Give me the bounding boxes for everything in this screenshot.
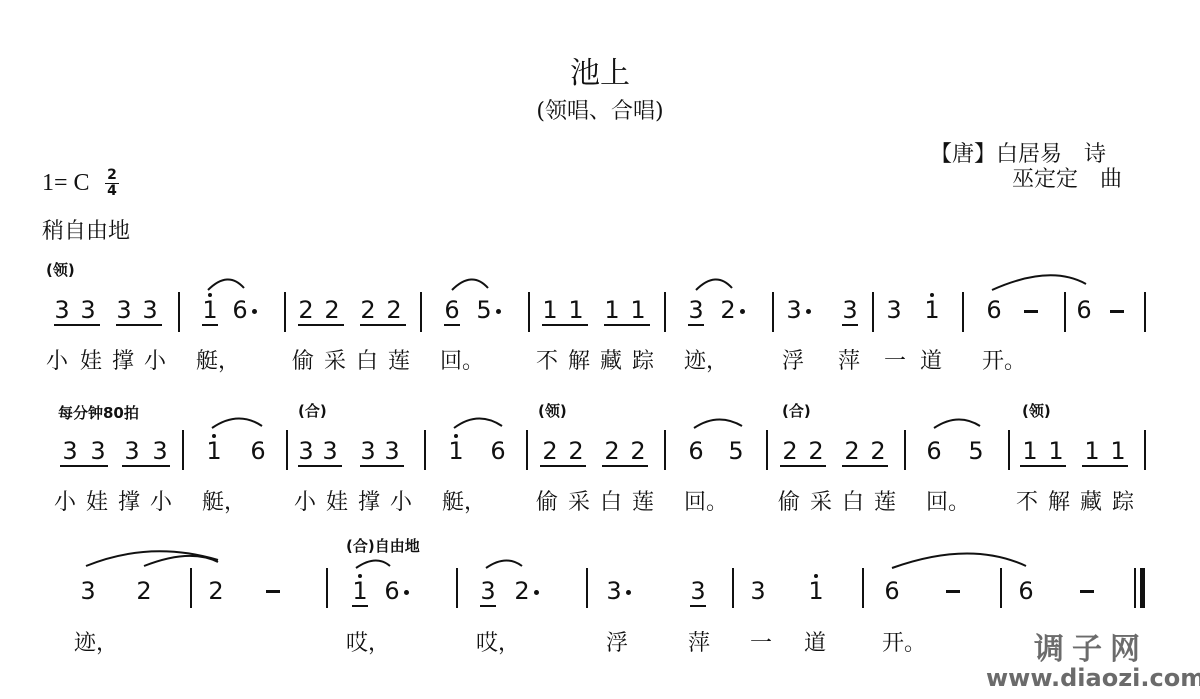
note: 3 bbox=[604, 577, 624, 605]
lyric: 哎， bbox=[476, 626, 520, 657]
note: 3 bbox=[884, 296, 904, 324]
composer-credit: 巫定定 曲 bbox=[1012, 162, 1122, 193]
note: 1 bbox=[1020, 437, 1040, 465]
note: 1 bbox=[628, 296, 648, 324]
barline bbox=[284, 292, 286, 332]
barline bbox=[904, 430, 906, 470]
barline bbox=[526, 430, 528, 470]
lyric: 萍 bbox=[838, 344, 860, 375]
note: 1 bbox=[1082, 437, 1102, 465]
lyric: 娃 bbox=[80, 344, 102, 375]
lyric: 偷 bbox=[292, 344, 314, 375]
note: 1 bbox=[204, 437, 224, 465]
time-signature-denominator: 4 bbox=[107, 183, 117, 199]
lyric: 偷 bbox=[536, 485, 558, 516]
note: 2 bbox=[628, 437, 648, 465]
barline bbox=[1064, 292, 1066, 332]
note: 5 bbox=[966, 437, 986, 465]
lead-mark: (领) bbox=[46, 259, 75, 280]
lyric: 小 bbox=[46, 344, 68, 375]
lyric: 小 bbox=[294, 485, 316, 516]
chorus-mark: (合) bbox=[298, 400, 327, 421]
lyric: 偷 bbox=[778, 485, 800, 516]
barline bbox=[862, 568, 864, 608]
note: 1 bbox=[540, 296, 560, 324]
barline bbox=[420, 292, 422, 332]
note: 2 bbox=[842, 437, 862, 465]
note: 1 bbox=[446, 437, 466, 465]
chorus-free-tempo-mark: (合)自由地 bbox=[346, 535, 420, 556]
note: 2 bbox=[358, 296, 378, 324]
barline bbox=[772, 292, 774, 332]
lead-mark: (领) bbox=[538, 400, 567, 421]
note: 6 bbox=[924, 437, 944, 465]
tempo-bpm-marking: 每分钟80拍 bbox=[58, 402, 139, 423]
time-signature: 2 4 bbox=[104, 168, 120, 199]
lyric: 萍 bbox=[688, 626, 710, 657]
barline bbox=[1000, 568, 1002, 608]
note: 3 bbox=[88, 437, 108, 465]
barline bbox=[962, 292, 964, 332]
note: 5 bbox=[726, 437, 746, 465]
lyric: 采 bbox=[324, 344, 346, 375]
tempo-marking: 稍自由地 bbox=[42, 214, 130, 245]
lyric: 撑 bbox=[358, 485, 380, 516]
note: 2 bbox=[868, 437, 888, 465]
lyric: 道 bbox=[804, 626, 826, 657]
lyric: 回。 bbox=[926, 485, 970, 516]
note: 3 bbox=[748, 577, 768, 605]
lyric: 艇， bbox=[196, 344, 240, 375]
barline bbox=[424, 430, 426, 470]
watermark-brand: 调子网 bbox=[1034, 624, 1148, 668]
note: 6 bbox=[882, 577, 902, 605]
final-barline-thick bbox=[1140, 568, 1145, 608]
lyric: 迹， bbox=[684, 344, 728, 375]
lyric: 一 bbox=[884, 344, 906, 375]
watermark-url: www.diaozi.com bbox=[986, 664, 1200, 692]
note: 2 bbox=[512, 577, 532, 605]
key-signature: 1= C bbox=[42, 170, 90, 197]
note: 6 bbox=[442, 296, 462, 324]
barline bbox=[178, 292, 180, 332]
lyric: 艇， bbox=[202, 485, 246, 516]
note: 1 bbox=[350, 577, 370, 605]
lyric: 白 bbox=[842, 485, 864, 516]
lyric: 不 bbox=[1016, 485, 1038, 516]
note: 1 bbox=[1046, 437, 1066, 465]
note: 3 bbox=[122, 437, 142, 465]
note: 5 bbox=[474, 296, 494, 324]
lyric: 踪 bbox=[1112, 485, 1134, 516]
note: 1 bbox=[1108, 437, 1128, 465]
note: 2 bbox=[806, 437, 826, 465]
note: 1 bbox=[806, 577, 826, 605]
barline bbox=[528, 292, 530, 332]
note: 2 bbox=[296, 296, 316, 324]
lyric: 莲 bbox=[388, 344, 410, 375]
note: 6 bbox=[1016, 577, 1036, 605]
note: 3 bbox=[320, 437, 340, 465]
note: 6 bbox=[248, 437, 268, 465]
lyric: 回。 bbox=[684, 485, 728, 516]
note: 3 bbox=[784, 296, 804, 324]
note: 1 bbox=[566, 296, 586, 324]
note: 6 bbox=[1074, 296, 1094, 324]
lyric: 浮 bbox=[782, 344, 804, 375]
time-signature-numerator: 2 bbox=[107, 167, 117, 183]
barline bbox=[1008, 430, 1010, 470]
note: 2 bbox=[602, 437, 622, 465]
lyric: 回。 bbox=[440, 344, 484, 375]
chorus-mark: (合) bbox=[782, 400, 811, 421]
note: 2 bbox=[384, 296, 404, 324]
barline bbox=[1144, 292, 1146, 332]
note: 3 bbox=[686, 296, 706, 324]
lyric: 浮 bbox=[606, 626, 628, 657]
barline bbox=[1144, 430, 1146, 470]
lyric: 白 bbox=[356, 344, 378, 375]
lyric: 道 bbox=[920, 344, 942, 375]
lyric: 莲 bbox=[874, 485, 896, 516]
lyric: 采 bbox=[810, 485, 832, 516]
note: 3 bbox=[382, 437, 402, 465]
lyric: 不 bbox=[536, 344, 558, 375]
lyric: 娃 bbox=[86, 485, 108, 516]
note: 2 bbox=[134, 577, 154, 605]
lyric: 迹， bbox=[74, 626, 118, 657]
barline bbox=[190, 568, 192, 608]
lyric: 小 bbox=[150, 485, 172, 516]
lyric: 莲 bbox=[632, 485, 654, 516]
song-title: 池上 bbox=[0, 48, 1200, 92]
barline bbox=[182, 430, 184, 470]
final-barline-thin bbox=[1134, 568, 1136, 608]
note: 3 bbox=[140, 296, 160, 324]
note: 3 bbox=[358, 437, 378, 465]
note: 3 bbox=[688, 577, 708, 605]
lyric: 一 bbox=[750, 626, 772, 657]
barline bbox=[872, 292, 874, 332]
lyric: 娃 bbox=[326, 485, 348, 516]
note: 3 bbox=[296, 437, 316, 465]
note: 2 bbox=[718, 296, 738, 324]
note: 3 bbox=[840, 296, 860, 324]
lyric: 藏 bbox=[1080, 485, 1102, 516]
note: 3 bbox=[52, 296, 72, 324]
note: 6 bbox=[230, 296, 250, 324]
note: 6 bbox=[382, 577, 402, 605]
lyric: 采 bbox=[568, 485, 590, 516]
note: 6 bbox=[488, 437, 508, 465]
barline bbox=[766, 430, 768, 470]
lyric: 解 bbox=[1048, 485, 1070, 516]
barline bbox=[732, 568, 734, 608]
lyric: 解 bbox=[568, 344, 590, 375]
note: 6 bbox=[686, 437, 706, 465]
lead-mark: (领) bbox=[1022, 400, 1051, 421]
note: 6 bbox=[984, 296, 1004, 324]
barline bbox=[664, 430, 666, 470]
barline bbox=[286, 430, 288, 470]
note: 3 bbox=[78, 577, 98, 605]
note: 1 bbox=[922, 296, 942, 324]
note: 3 bbox=[114, 296, 134, 324]
note: 2 bbox=[566, 437, 586, 465]
lyric: 白 bbox=[600, 485, 622, 516]
lyric: 小 bbox=[390, 485, 412, 516]
lyric: 哎， bbox=[346, 626, 390, 657]
barline bbox=[586, 568, 588, 608]
barline bbox=[326, 568, 328, 608]
lyric: 小 bbox=[144, 344, 166, 375]
lyric: 小 bbox=[54, 485, 76, 516]
lyric: 开。 bbox=[982, 344, 1026, 375]
barline bbox=[456, 568, 458, 608]
barline bbox=[664, 292, 666, 332]
note: 2 bbox=[206, 577, 226, 605]
note: 1 bbox=[200, 296, 220, 324]
note: 2 bbox=[322, 296, 342, 324]
note: 3 bbox=[478, 577, 498, 605]
lyric: 开。 bbox=[882, 626, 926, 657]
lyric: 藏 bbox=[600, 344, 622, 375]
note: 3 bbox=[60, 437, 80, 465]
note: 1 bbox=[602, 296, 622, 324]
lyric: 踪 bbox=[632, 344, 654, 375]
song-subtitle: (领唱、合唱) bbox=[0, 94, 1200, 125]
lyric: 艇， bbox=[442, 485, 486, 516]
lyric: 撑 bbox=[118, 485, 140, 516]
note: 3 bbox=[150, 437, 170, 465]
note: 2 bbox=[540, 437, 560, 465]
note: 3 bbox=[78, 296, 98, 324]
note: 2 bbox=[780, 437, 800, 465]
lyric: 撑 bbox=[112, 344, 134, 375]
